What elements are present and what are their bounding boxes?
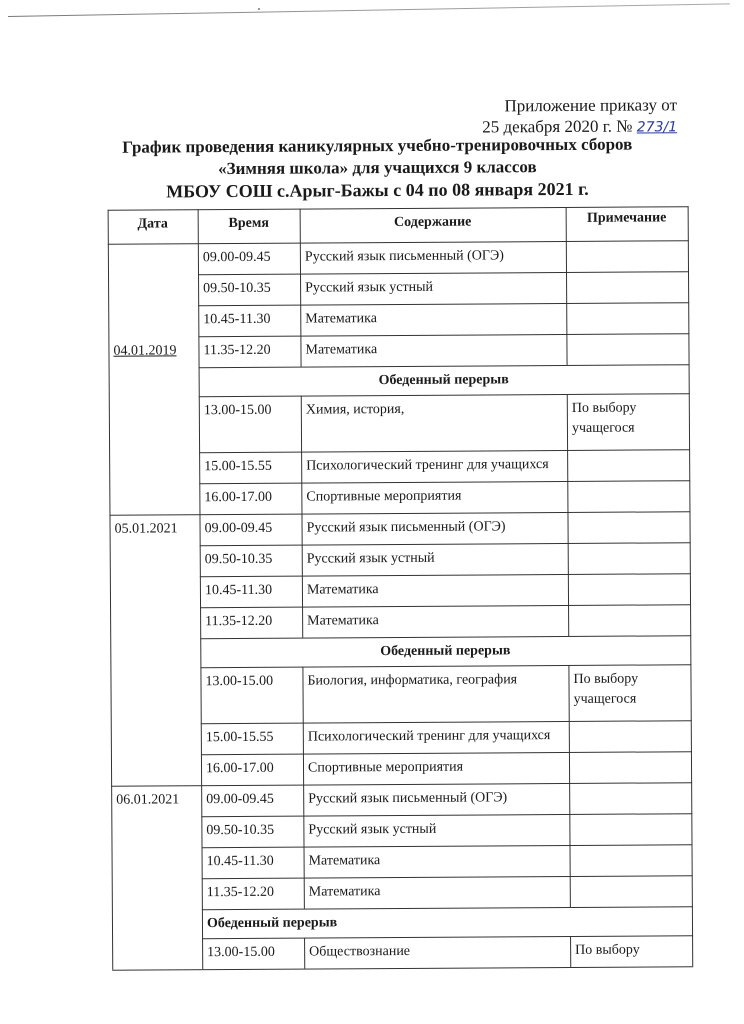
table-rule [569,752,570,783]
content-cell: Русский язык письменный (ОГЭ) [308,788,564,810]
table-rule [567,394,568,450]
table-rule [198,333,689,337]
table-rule [302,607,303,638]
table-rule [199,364,690,368]
title-line-1: График проведения каникулярных учебно-тр… [77,133,677,159]
table-rule [199,514,202,785]
table-rule [301,514,302,545]
table-rule [109,511,690,516]
table-rule [202,906,693,910]
table-rule [567,450,568,481]
table-rule [304,878,305,909]
content-cell: Психологический тренинг для учащихся [306,455,562,477]
table-rule [199,393,690,397]
schedule-table: ДатаВремяСодержаниеПримечание09.00-09.45… [0,0,740,2]
table-rule [302,667,303,723]
table-rule [567,481,568,512]
table-rule [300,209,301,243]
table-rule [570,936,571,967]
table-rule [202,875,693,879]
content-cell: Русский язык письменный (ОГЭ) [307,517,563,539]
table-rule [566,272,567,303]
table-rule [202,844,693,848]
table-rule [568,605,569,636]
content-cell: Русский язык устный [308,819,564,841]
time-cell: 11.35-12.20 [205,612,297,633]
time-cell: 09.00-09.45 [203,248,295,269]
time-cell: 10.45-11.30 [203,310,295,331]
time-cell: 15.00-15.55 [204,457,296,478]
table-rule [300,274,301,305]
table-rule [302,545,303,576]
table-rule [566,241,567,272]
table-rule [201,813,692,817]
table-rule [566,207,567,241]
content-cell: Русский язык письменный (ОГЭ) [305,246,561,268]
content-cell: Математика [305,339,561,361]
table-rule [301,452,302,483]
column-header-note: Примечание [571,208,683,229]
time-cell: 16.00-17.00 [206,759,298,780]
table-rule [201,751,692,755]
table-rule [198,209,199,243]
time-cell: 09.00-09.45 [206,790,298,811]
table-rule [569,721,570,752]
table-rule [300,336,301,367]
table-rule [304,938,305,969]
table-rule [200,573,691,577]
lunch-break-row: Обеденный перерыв [205,640,685,663]
content-cell: Спортивные мероприятия [308,757,564,779]
content-cell: Математика [307,610,563,632]
time-cell: 10.45-11.30 [205,581,297,602]
column-header-content: Содержание [305,212,561,234]
title-line-3: МБОУ СОШ с.Арыг-Бажы с 04 по 08 января 2… [77,177,677,203]
table-rule [303,816,304,847]
content-cell: Химия, история, [306,399,562,421]
content-cell: Русский язык устный [305,277,561,299]
table-rule [108,240,689,245]
table-rule [570,876,571,907]
table-rule [112,966,693,971]
table-rule [688,206,694,966]
table-rule [303,754,304,785]
time-cell: 09.50-10.35 [206,821,298,842]
column-header-date: Дата [113,214,193,234]
date-cell: 04.01.2019 [113,341,193,361]
table-rule [108,210,114,970]
content-cell: Психологический тренинг для учащихся [308,726,564,748]
table-rule [303,785,304,816]
table-rule [199,480,690,484]
table-rule [201,720,692,724]
content-cell: Обществознание [309,941,565,963]
date-cell: 06.01.2021 [116,790,196,810]
table-rule [566,334,567,365]
time-cell: 10.45-11.30 [207,852,299,873]
time-cell: 11.35-12.20 [207,883,299,904]
table-rule [302,576,303,607]
table-rule [198,243,201,514]
table-rule [198,302,689,306]
table-rule [568,574,569,605]
table-rule [301,483,302,514]
lunch-break-row: Обеденный перерыв [204,369,684,392]
table-rule [304,847,305,878]
time-cell: 11.35-12.20 [203,341,295,362]
time-cell: 09.00-09.45 [205,519,297,540]
date-cell: 05.01.2021 [115,519,195,539]
table-rule [568,543,569,574]
content-cell: Биология, информатика, география [307,670,563,692]
content-cell: Математика [307,579,563,601]
content-cell: Русский язык устный [307,548,563,570]
time-cell: 09.50-10.35 [203,279,295,300]
time-cell: 16.00-17.00 [204,488,296,509]
table-rule [569,783,570,814]
table-rule [111,782,692,787]
table-rule [199,449,690,453]
time-cell: 15.00-15.55 [206,728,298,749]
content-cell: Математика [305,308,561,330]
content-cell: Математика [309,850,565,872]
note-cell: По выбору учащегося [572,398,684,439]
table-rule [300,243,301,274]
table-rule [200,542,691,546]
content-cell: Спортивные мероприятия [306,486,562,508]
document-page: Приложение приказу от 25 декабря 2020 г.… [0,0,744,1024]
table-rule [198,271,689,275]
table-rule [200,604,691,608]
note-cell: По выбору учащегося [573,669,685,710]
table-rule [303,723,304,754]
table-rule [301,396,302,452]
time-cell: 13.00-15.00 [207,943,299,964]
appendix-line-1: Приложение приказу от [482,94,677,116]
content-cell: Математика [309,881,565,903]
note-cell: По выбору [575,940,687,961]
time-cell: 09.50-10.35 [205,550,297,571]
document-title: График проведения каникулярных учебно-тр… [77,133,677,203]
table-rule [569,814,570,845]
table-rule [300,305,301,336]
time-cell: 13.00-15.00 [204,401,296,422]
time-cell: 13.00-15.00 [205,672,297,693]
table-rule [202,935,693,939]
column-header-time: Время [203,214,295,235]
table-rule [200,635,691,639]
table-rule [568,665,569,721]
table-rule [566,303,567,334]
lunch-break-row: Обеденный перерыв [207,911,687,934]
table-rule [567,512,568,543]
table-rule [200,664,691,668]
table-rule [569,845,570,876]
